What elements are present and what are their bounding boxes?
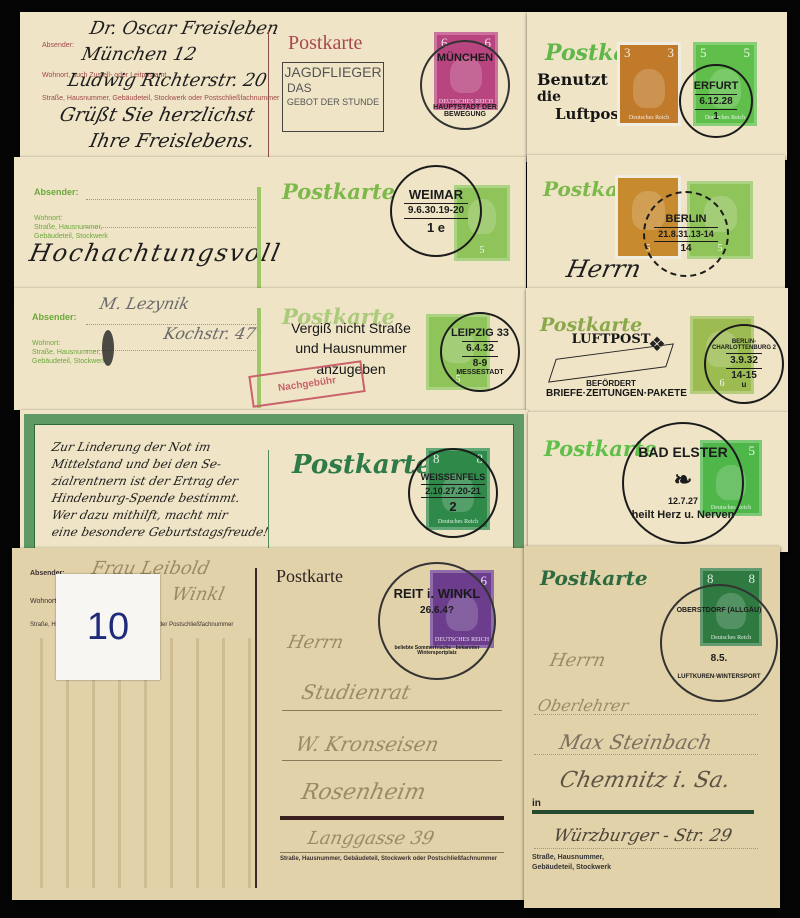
handwriting: Langgasse 39 xyxy=(306,828,436,849)
handwriting: Ludwig Richterstr. 20 xyxy=(66,70,269,91)
divider xyxy=(268,450,269,550)
lot-number-tag: 10 xyxy=(56,574,160,680)
postcard-munich: Absender: Wohnort, auch Zustell- oder Le… xyxy=(20,12,540,162)
address-line xyxy=(280,852,504,853)
postmark-oberstdorf: OBERSTDORF (ALLGÄU) 8.5. LUFTKUREN·WINTE… xyxy=(660,584,778,702)
address-line xyxy=(86,199,256,200)
postcard-weimar: Absender: Wohnort: Straße, Hausnummer, G… xyxy=(14,157,526,297)
handwriting: Studienrat xyxy=(299,680,412,704)
handwriting: Kochstr. 47 xyxy=(162,324,258,343)
postcard-title: Postkarte xyxy=(288,32,362,55)
in-label: in xyxy=(532,798,541,809)
handwriting: Hochachtungsvoll xyxy=(27,239,284,267)
handwriting: Grüßt Sie herzlichst xyxy=(58,104,257,126)
postcard-berlin: Postkarte 5 5 BERLIN 21.8.31.13-14 14 He… xyxy=(527,155,785,295)
handwriting: Hindenburg-Spende bestimmt. xyxy=(51,491,242,505)
handwriting: Würzburger - Str. 29 xyxy=(552,826,734,846)
divider xyxy=(255,568,257,888)
handwriting: München 12 xyxy=(80,44,199,65)
postmark-erfurt: ERFURT 6.12.28 1 xyxy=(679,64,753,138)
slogan-cancel-box: JAGDFLIEGER DAS GEBOT DER STUNDE xyxy=(282,62,384,132)
handwriting: Rosenheim xyxy=(299,780,428,805)
ink-blot xyxy=(102,330,114,366)
address-line xyxy=(534,754,758,755)
bird-icon: ❧ xyxy=(674,467,692,493)
postcard-title: Postkarte xyxy=(540,566,648,590)
address-line xyxy=(282,710,502,711)
handwriting: Herrn xyxy=(548,650,608,671)
handwriting: Oberlehrer xyxy=(536,696,630,715)
handwriting: Herrn xyxy=(286,632,346,653)
address-line xyxy=(282,760,502,761)
address-line xyxy=(534,714,758,715)
address-label: Wohnort xyxy=(30,598,56,605)
sender-label: Absender: xyxy=(32,312,77,322)
slogan-line: GEBOT DER STUNDE xyxy=(283,97,383,109)
postcard-weissenfels: Zur Linderung der Not im Mittelstand und… xyxy=(20,410,528,550)
stamp-3pf-goethe: 33 Deutsches Reich xyxy=(617,42,681,126)
eagle-icon: ❖ xyxy=(648,332,666,357)
handwriting: Mittelstand und bei den Se- xyxy=(51,457,223,471)
address-line xyxy=(86,227,256,228)
slogan-line: JAGDFLIEGER xyxy=(283,63,383,81)
address-underline-bold xyxy=(280,816,504,820)
handwriting: eine besondere Geburtstagsfreude! xyxy=(51,525,270,539)
postcard-oberstdorf: Postkarte 88 Deutsches Reich OBERSTDORF … xyxy=(524,546,780,908)
postmark-munich: MÜNCHEN HAUPTSTADT DER BEWEGUNG xyxy=(420,40,510,130)
handwriting: Ihre Freislebens. xyxy=(88,130,257,152)
postmark-berlin: BERLIN 21.8.31.13-14 14 xyxy=(643,191,729,277)
address-underline-bold xyxy=(532,810,754,814)
handwriting: M. Lezynik xyxy=(98,294,191,313)
postcard-erfurt: Postkarte Benutzt die Luftpost 33 Deutsc… xyxy=(527,12,787,160)
handwriting: W. Kronseisen xyxy=(293,732,441,756)
address-footer: Gebäudeteil, Stockwerk xyxy=(532,864,611,871)
postcard-title: Postkarte xyxy=(282,179,395,204)
postmark-charlottenburg: BERLIN-CHARLOTTENBURG 2 3.9.32 14-15 u xyxy=(704,324,784,404)
handwriting: Dr. Oscar Freisleben xyxy=(88,18,281,39)
postmark-bad-elster: BAD ELSTER ❧ 12.7.27 heilt Herz u. Nerve… xyxy=(622,422,744,544)
handwriting: Zur Linderung der Not im xyxy=(51,440,213,454)
divider xyxy=(257,187,261,295)
address-label: Wohnort: xyxy=(34,215,62,222)
address-line xyxy=(534,848,758,849)
postmark-reit-im-winkl: REIT i. WINKL 26.6.4? beliebte Sommerfri… xyxy=(378,562,496,680)
postmark-weissenfels: WEISSENFELS 2.10.27.20-21 2 xyxy=(408,448,498,538)
handwriting: Winkl xyxy=(170,584,227,605)
postcard-title: Postkarte xyxy=(276,566,343,587)
address-footer: Straße, Hausnummer, Gebäudeteil, Stockwe… xyxy=(280,856,497,862)
address-footer: Straße, Hausnummer, xyxy=(532,854,604,861)
slogan-line: DAS xyxy=(283,81,383,97)
handwriting: Wer dazu mithilft, macht mir xyxy=(51,508,230,522)
postcard-leipzig: Absender: Wohnort: Straße, Hausnummer, G… xyxy=(14,288,526,410)
postcard-bad-elster: Postkarte 5 Deutsches Reich BAD ELSTER ❧… xyxy=(528,412,788,552)
postmark-leipzig: LEIPZIG 33 6.4.32 8-9 MESSESTADT xyxy=(440,312,520,392)
address-label: Wohnort: xyxy=(32,340,60,347)
handwriting: Chemnitz i. Sa. xyxy=(557,768,732,793)
postage-due-stamp: Nachgebühr xyxy=(248,360,365,408)
handwriting: Herrn xyxy=(564,255,643,283)
handwriting: Max Steinbach xyxy=(557,730,714,754)
handwriting: zialrentnern ist der Ertrag der xyxy=(51,474,240,488)
postcard-charlottenburg: Postkarte LUFTPOST BEFÖRDERT BRIEFE·ZEIT… xyxy=(526,288,788,413)
portrait xyxy=(633,69,665,108)
address-label: Straße, Hausnummer, Gebäudeteil, Stockwe… xyxy=(42,95,279,102)
postmark-weimar: WEIMAR 9.6.30.19-20 1 e xyxy=(390,165,482,257)
divider xyxy=(268,30,269,162)
sender-label: Absender: xyxy=(34,187,79,197)
sender-label: Absender: xyxy=(42,42,74,49)
address-label: Gebäudeteil, Stockwerk xyxy=(32,358,106,365)
